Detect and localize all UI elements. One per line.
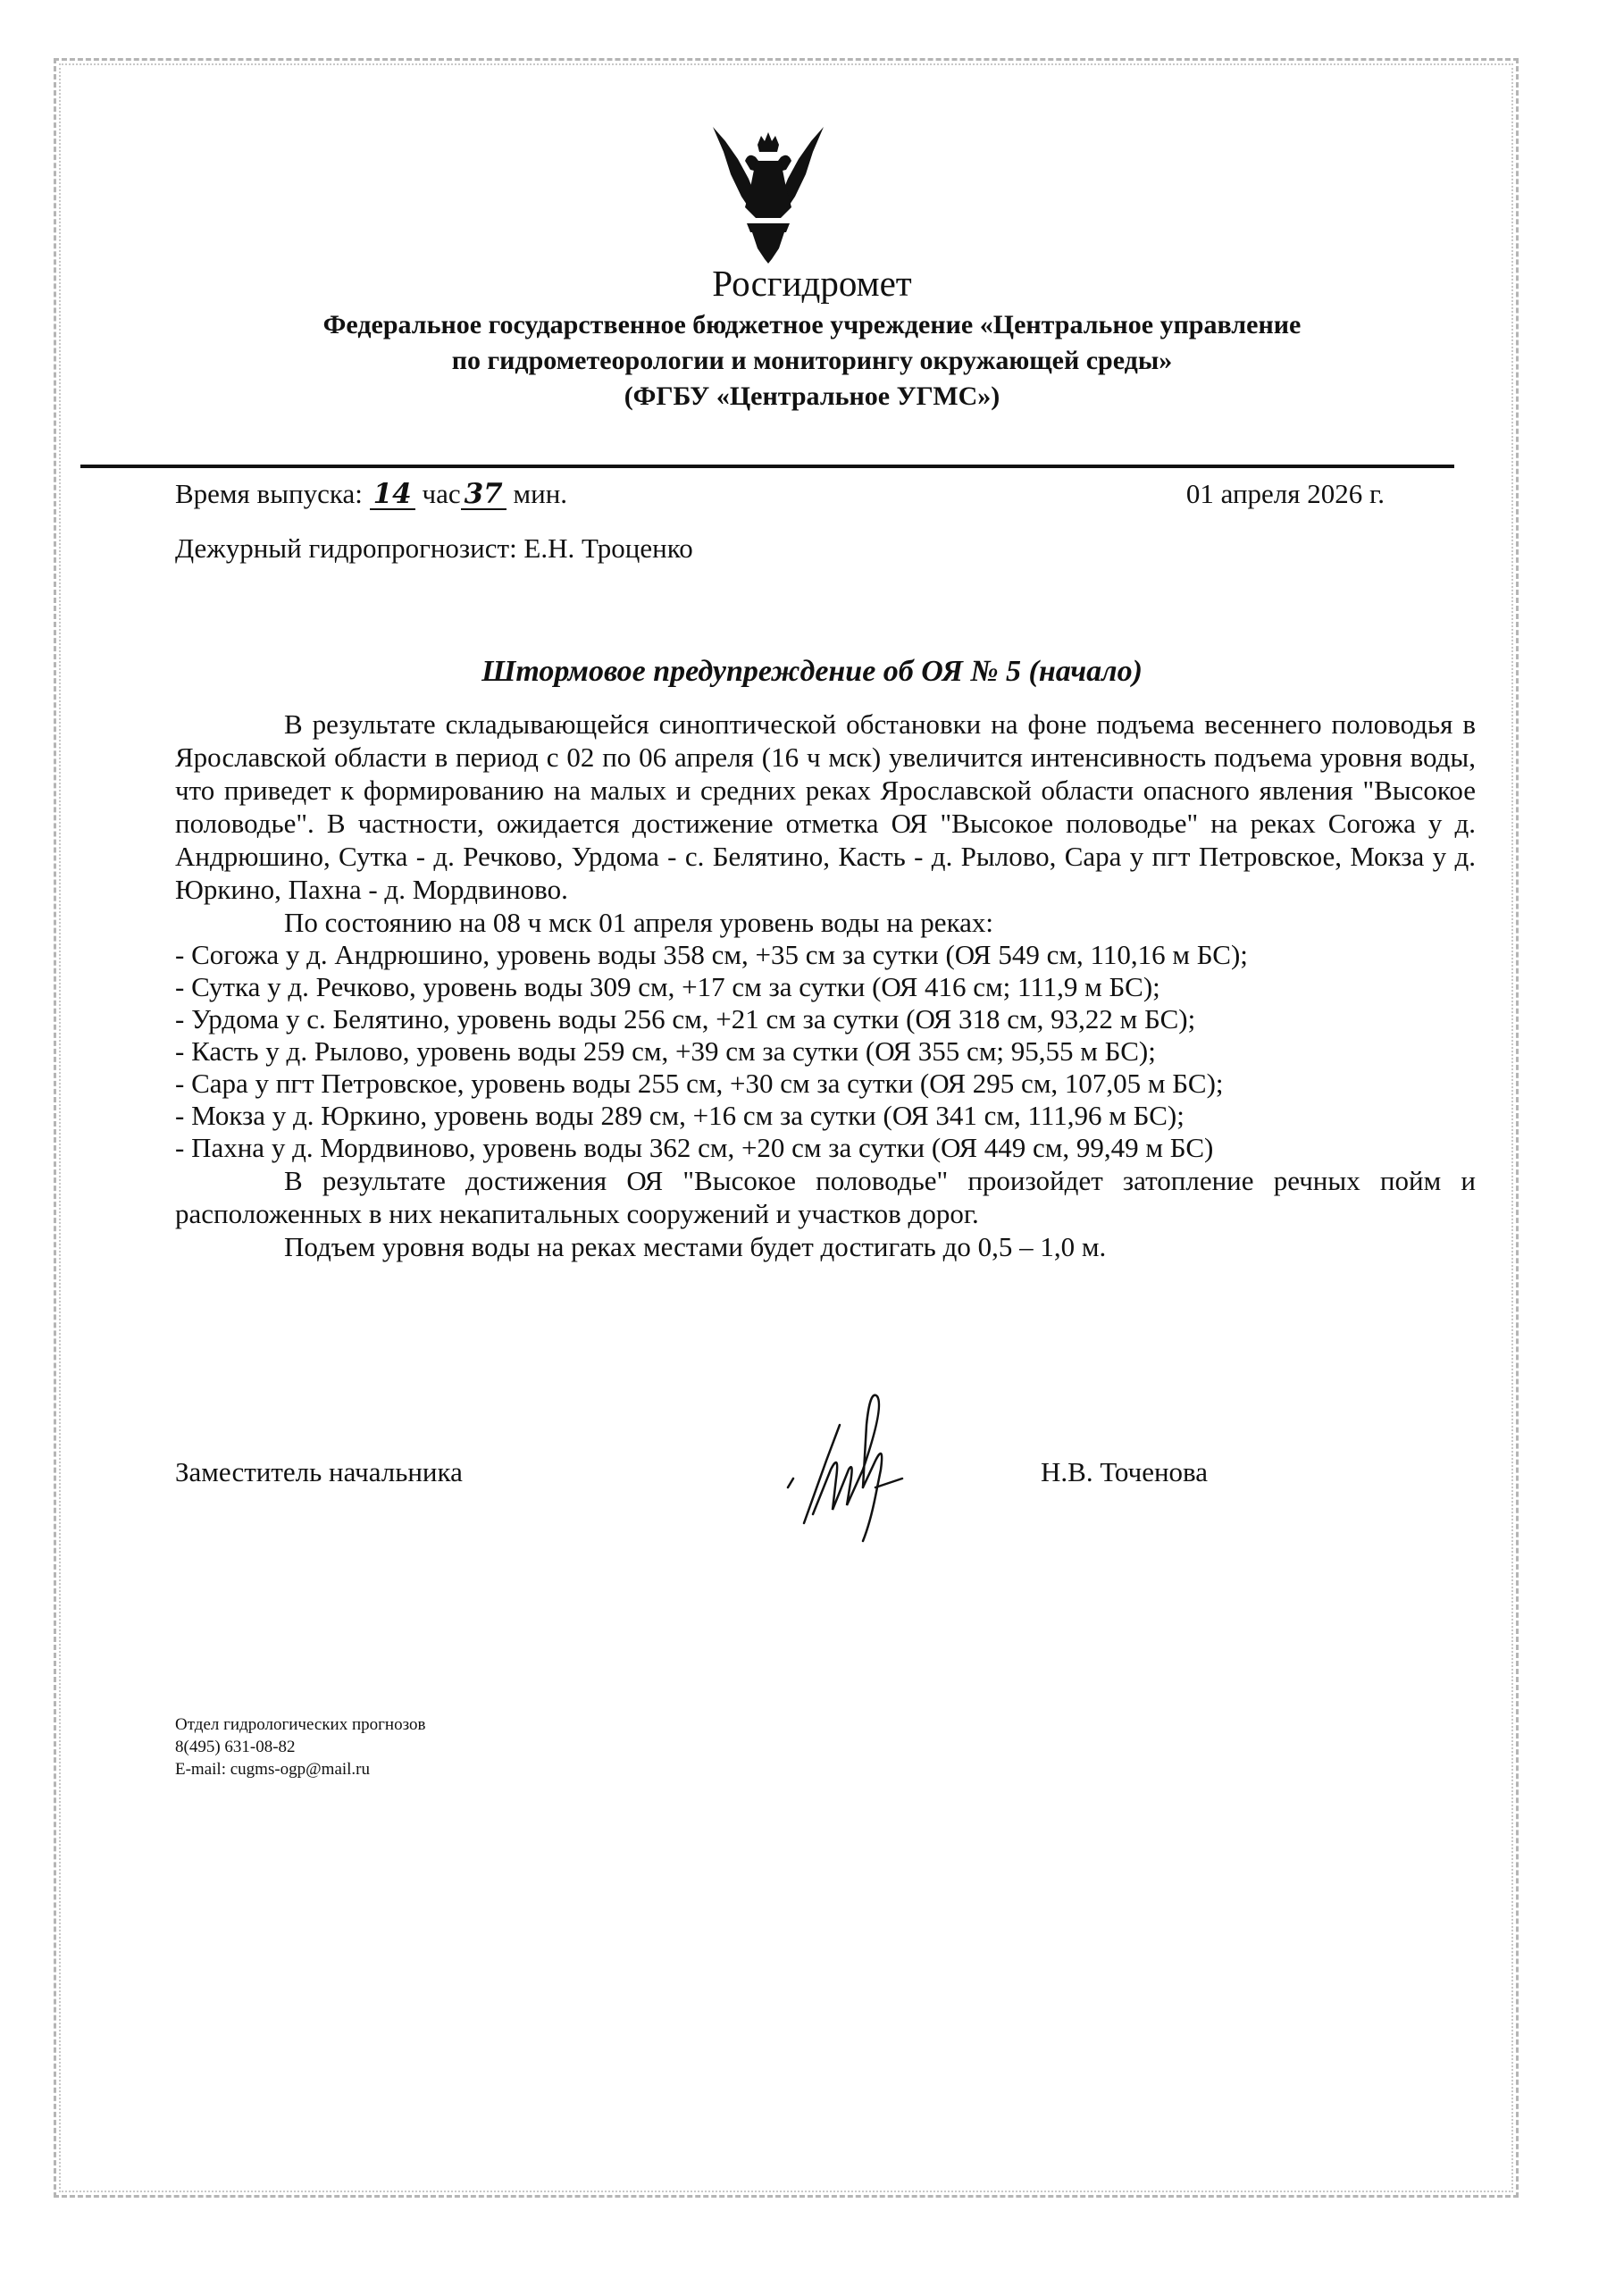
release-time: Время выпуска: 14 час37 мин. [175,476,567,512]
org-name-line-2: по гидрометеорологии и мониторингу окруж… [0,343,1624,379]
list-item: - Согожа у д. Андрюшино, уровень воды 35… [175,939,1476,971]
header-divider [80,465,1454,468]
duty-forecaster: Дежурный гидропрогнозист: Е.Н. Троценко [175,531,693,566]
minute-label: мин. [513,478,567,509]
list-item: - Урдома у с. Белятино, уровень воды 256… [175,1003,1476,1035]
agency-name: Росгидромет [0,261,1624,306]
release-time-label: Время выпуска: [175,478,363,509]
release-minute: 37 [461,480,506,510]
department-name: Отдел гидрологических прогнозов [175,1713,425,1736]
warning-body: В результате складывающейся синоптическо… [175,708,1476,1263]
list-item: - Сутка у д. Речково, уровень воды 309 с… [175,971,1476,1003]
release-hour: 14 [370,480,415,510]
department-phone: 8(495) 631-08-82 [175,1736,425,1758]
river-levels-list: - Согожа у д. Андрюшино, уровень воды 35… [175,939,1476,1164]
list-item: - Мокза у д. Юркино, уровень воды 289 см… [175,1100,1476,1132]
org-name-line-3: (ФГБУ «Центральное УГМС») [0,379,1624,415]
signature-mark [777,1389,992,1546]
intro-paragraph: В результате складывающейся синоптическо… [175,708,1476,906]
signatory-name: Н.В. Точенова [1041,1454,1208,1490]
list-item: - Касть у д. Рылово, уровень воды 259 см… [175,1035,1476,1068]
list-item: - Сара у пгт Петровское, уровень воды 25… [175,1068,1476,1100]
issue-date: 01 апреля 2026 г. [1186,476,1385,512]
department-email: E-mail: cugms-ogp@mail.ru [175,1758,425,1780]
warning-title: Штормовое предупреждение об ОЯ № 5 (нача… [0,652,1624,691]
org-name-line-1: Федеральное государственное бюджетное уч… [0,307,1624,343]
contact-footer: Отдел гидрологических прогнозов 8(495) 6… [175,1713,425,1780]
list-item: - Пахна у д. Мордвиново, уровень воды 36… [175,1132,1476,1164]
rise-paragraph: Подъем уровня воды на реках местами буде… [175,1230,1476,1263]
double-headed-eagle-icon [706,125,831,264]
status-intro: По состоянию на 08 ч мск 01 апреля урове… [175,906,1476,939]
signatory-role: Заместитель начальника [175,1454,463,1490]
hour-label: час [422,478,460,509]
consequence-paragraph: В результате достижения ОЯ "Высокое поло… [175,1164,1476,1230]
